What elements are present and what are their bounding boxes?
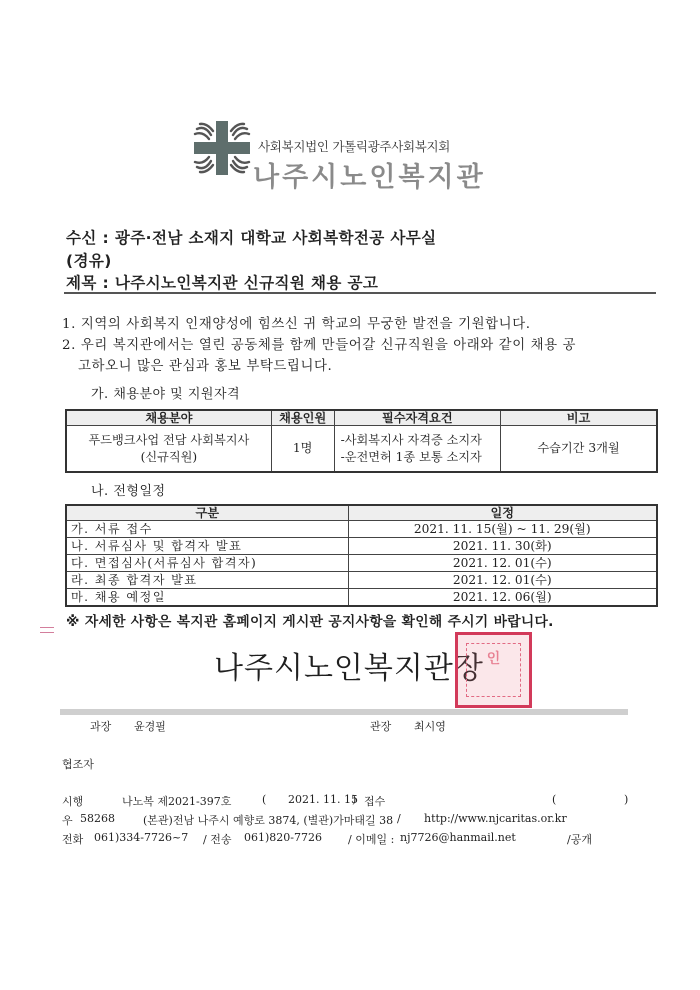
notice-text: ※ 자세한 사항은 복지관 홈페이지 게시판 공지사항을 확인해 주시기 바랍니…: [66, 610, 554, 630]
title-divider: [64, 292, 656, 294]
postal-code: 58268: [80, 812, 115, 825]
enforce-label: 시행: [62, 793, 83, 809]
phone-number: 061)334-7726~7: [94, 831, 188, 844]
cell-note: 수습기간 3개월: [501, 426, 657, 473]
email-link[interactable]: nj7726@hanmail.net: [400, 831, 516, 844]
table-row: 라. 최종 합격자 발표 2021. 12. 01(수): [66, 572, 657, 589]
seal-text: 인: [458, 649, 529, 669]
header-requirements: 필수자격요건: [334, 410, 500, 426]
stage-item: 나. 서류심사 및 합격자 발표: [66, 538, 348, 555]
address: (본관)전남 나주시 예향로 3874, (별관)가마태길 38: [143, 812, 393, 828]
official-seal-icon: 인: [455, 632, 532, 708]
cell-count: 1명: [271, 426, 334, 473]
header-field: 채용분야: [66, 410, 271, 426]
director-label: 관장: [370, 718, 391, 734]
phone-label: 전화: [62, 831, 83, 847]
website-link[interactable]: http://www.njcaritas.or.kr: [424, 812, 567, 825]
fax-label: / 전송: [203, 831, 231, 847]
paragraph-1: 1. 지역의 사회복지 인재양성에 힘쓰신 귀 학교의 무궁한 발전을 기원합니…: [62, 313, 531, 332]
header-stage: 구분: [66, 505, 348, 521]
via: (경유): [66, 249, 112, 271]
email-label: / 이메일 :: [348, 831, 394, 847]
enforce-date-open: (: [262, 793, 266, 806]
margin-mark: [40, 627, 54, 633]
header-count: 채용인원: [271, 410, 334, 426]
cell-requirements: -사회복지사 자격증 소지자 -운전면허 1종 보통 소지자: [334, 426, 500, 473]
stage-item: 마. 채용 예정일: [66, 589, 348, 607]
cooperator-label: 협조자: [62, 756, 94, 772]
table-row: 다. 면접심사(서류심사 합격자) 2021. 12. 01(수): [66, 555, 657, 572]
subject: 제목 : 나주시노인복지관 신규직원 채용 공고: [66, 271, 378, 293]
table-row: 푸드뱅크사업 전담 사회복지사 (신규직원) 1명 -사회복지사 자격증 소지자…: [66, 426, 657, 473]
table-row: 마. 채용 예정일 2021. 12. 06(월): [66, 589, 657, 607]
stage-item: 다. 면접심사(서류심사 합격자): [66, 555, 348, 572]
receipt-open: (: [552, 793, 556, 806]
enforce-date-close: ): [352, 793, 356, 806]
receipt-close: ): [624, 793, 628, 806]
stage-date: 2021. 12. 01(수): [348, 555, 657, 572]
stage-date: 2021. 11. 15(월) ~ 11. 29(월): [348, 521, 657, 538]
section-chief-label: 과장: [90, 718, 111, 734]
paragraph-2-line-2: 고하오니 많은 관심과 홍보 부탁드립니다.: [78, 355, 332, 374]
stage-date: 2021. 12. 01(수): [348, 572, 657, 589]
table-row: 가. 서류 접수 2021. 11. 15(월) ~ 11. 29(월): [66, 521, 657, 538]
schedule-table: 구분 일정 가. 서류 접수 2021. 11. 15(월) ~ 11. 29(…: [65, 504, 658, 607]
field-line-1: 푸드뱅크사업 전담 사회복지사: [67, 432, 271, 449]
organization-subtitle: 사회복지법인 가톨릭광주사회복지회: [258, 137, 450, 155]
postal-label: 우: [62, 812, 73, 828]
director-name: 최시영: [414, 718, 446, 734]
enforce-date: 2021. 11. 15: [288, 793, 358, 806]
stage-date: 2021. 11. 30(화): [348, 538, 657, 555]
recruitment-table: 채용분야 채용인원 필수자격요건 비고 푸드뱅크사업 전담 사회복지사 (신규직…: [65, 409, 658, 473]
recipient: 수신 : 광주·전남 소재지 대학교 사회복학전공 사무실: [66, 226, 437, 248]
section-heading-schedule: 나. 전형일정: [91, 480, 166, 499]
header-note: 비고: [501, 410, 657, 426]
address-separator: /: [397, 812, 401, 825]
issuer-signature: 나주시노인복지관장: [214, 643, 484, 687]
section-heading-recruitment: 가. 채용분야 및 지원자격: [91, 383, 240, 402]
stage-date: 2021. 12. 06(월): [348, 589, 657, 607]
organization-name: 나주시노인복지관: [253, 155, 486, 194]
approval-divider: [60, 709, 628, 715]
field-line-2: (신규직원): [67, 449, 271, 466]
stage-item: 라. 최종 합격자 발표: [66, 572, 348, 589]
paragraph-2-line-1: 2. 우리 복지관에서는 열린 공동체를 함께 만들어갈 신규직원을 아래와 같…: [62, 334, 576, 353]
receipt-label: 접수: [364, 793, 385, 809]
header-date: 일정: [348, 505, 657, 521]
section-chief-name: 윤경필: [134, 718, 166, 734]
table-row: 나. 서류심사 및 합격자 발표 2021. 11. 30(화): [66, 538, 657, 555]
caritas-cross-icon: [191, 119, 253, 177]
stage-item: 가. 서류 접수: [66, 521, 348, 538]
document-number: 나노복 제2021-397호: [122, 793, 231, 809]
visibility-status: /공개: [567, 831, 592, 847]
table-header-row: 구분 일정: [66, 505, 657, 521]
cell-field: 푸드뱅크사업 전담 사회복지사 (신규직원): [66, 426, 271, 473]
table-header-row: 채용분야 채용인원 필수자격요건 비고: [66, 410, 657, 426]
fax-number: 061)820-7726: [244, 831, 322, 844]
requirement-2: -운전면허 1종 보통 소지자: [341, 449, 500, 466]
requirement-1: -사회복지사 자격증 소지자: [341, 432, 500, 449]
